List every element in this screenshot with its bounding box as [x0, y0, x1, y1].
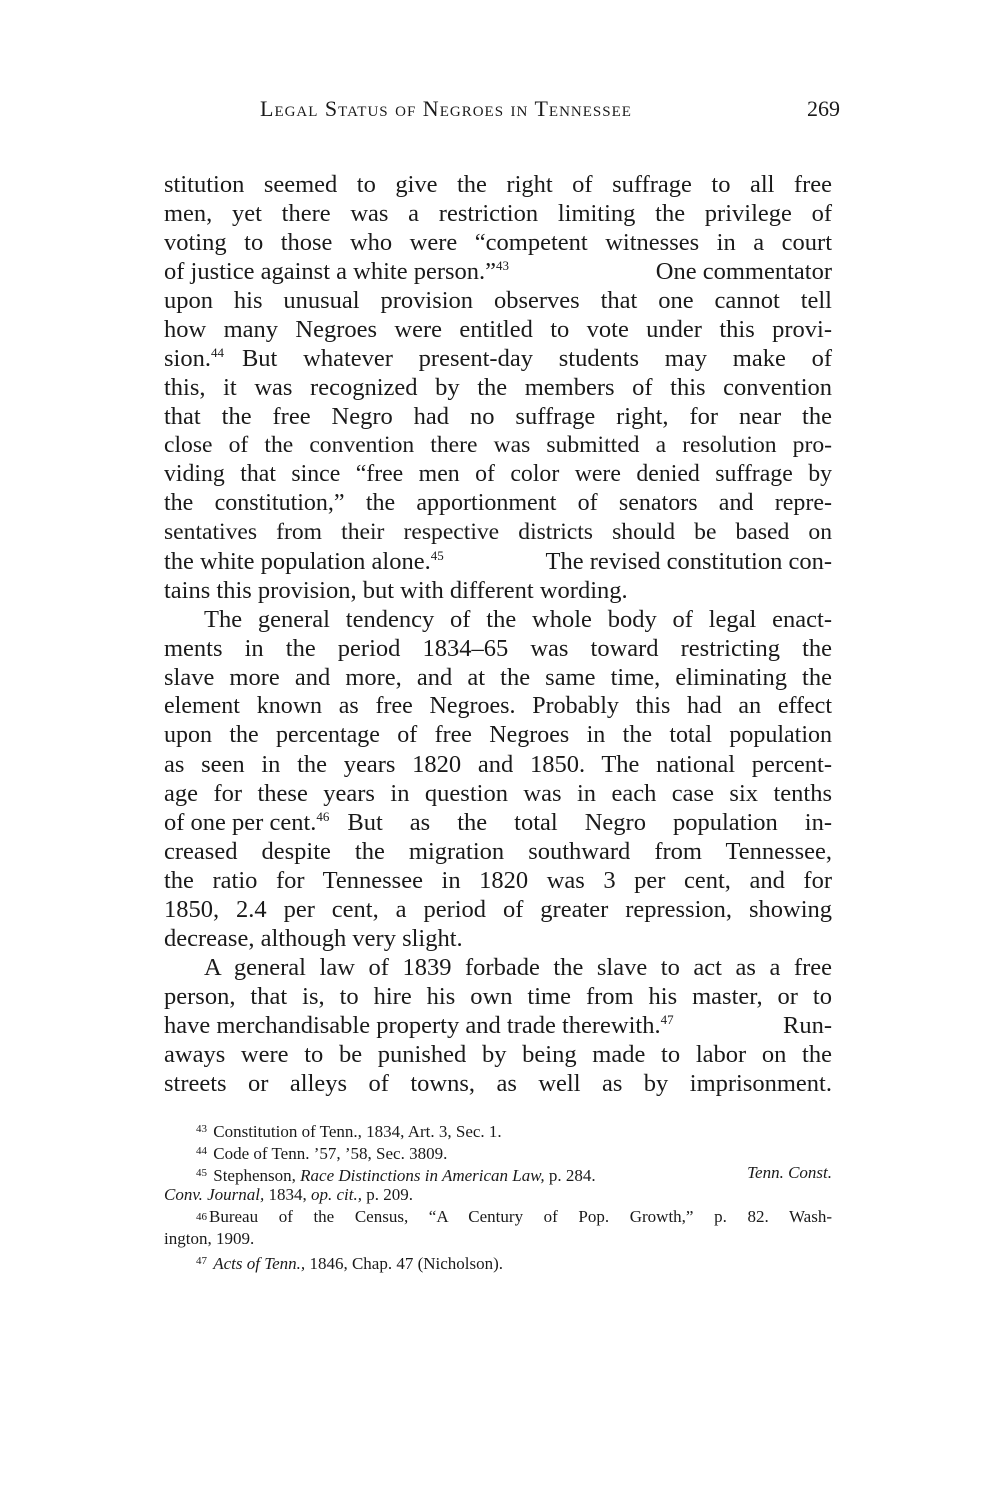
text-fragment: The revised constitution con- [546, 547, 832, 576]
text-line: element known as free Negroes. Probably … [164, 692, 832, 721]
text-line: have merchandisable property and trade t… [164, 1011, 832, 1040]
footnote-page: p. 209. [366, 1185, 413, 1204]
text-fragment: have merchandisable property and trade t… [164, 1011, 674, 1040]
text-line: streets or alleys of towns, as well as b… [164, 1069, 832, 1098]
footnotes: 43 Constitution of Tenn., 1834, Art. 3, … [164, 1118, 832, 1272]
footnote-45: 45 Stephenson, Race Distinctions in Amer… [164, 1162, 832, 1184]
page-number: 269 [807, 96, 840, 122]
text-line: of one per cent.46 But as the total Negr… [164, 808, 832, 837]
text-line: aways were to be punished by being made … [164, 1040, 832, 1069]
footnote-46: 46 Bureau of the Census, “A Century of P… [164, 1206, 832, 1228]
footnote-number: 47 [196, 1255, 207, 1267]
text-line: as seen in the years 1820 and 1850. The … [164, 750, 832, 779]
text-segment: of justice against a white person.” [164, 258, 496, 285]
footnote-46-continuation: ington, 1909. [164, 1228, 832, 1250]
text-line: ments in the period 1834–65 was toward r… [164, 634, 832, 663]
footnote-text: Code of Tenn. ’57, ’58, Sec. 3809. [213, 1144, 447, 1163]
text-line: upon his unusual provision observes that… [164, 286, 832, 315]
text-line: of justice against a white person.”43 On… [164, 257, 832, 286]
text-segment: have merchandisable property and trade t… [164, 1012, 661, 1039]
text-fragment: But whatever present-day students may ma… [242, 344, 832, 373]
footnote-title: Acts of Tenn., [213, 1254, 305, 1273]
text-fragment: of justice against a white person.”43 [164, 257, 509, 286]
text-line: this, it was recognized by the members o… [164, 373, 832, 402]
text-line: age for these years in question was in e… [164, 779, 832, 808]
text-line: creased despite the migration southward … [164, 837, 832, 866]
footnote-number: 44 [196, 1145, 207, 1157]
footnote-year: 1834, [269, 1185, 307, 1204]
text-line: slave more and more, and at the same tim… [164, 663, 832, 692]
text-line: tains this provision, but with different… [164, 576, 832, 605]
footnote-ref-44[interactable]: 44 [211, 345, 224, 360]
footnote-number: 46 [196, 1206, 207, 1228]
footnote-text: Bureau of the Census, “A Century of Pop.… [209, 1206, 832, 1228]
body-text: stitution seemed to give the right of su… [164, 170, 832, 1098]
text-line: 1850, 2.4 per cent, a period of greater … [164, 895, 832, 924]
text-line: men, yet there was a restriction limitin… [164, 199, 832, 228]
footnote-number: 43 [196, 1123, 207, 1135]
footnote-45-continuation: Conv. Journal, 1834, op. cit., p. 209. [164, 1184, 832, 1206]
footnote-43: 43 Constitution of Tenn., 1834, Art. 3, … [164, 1118, 832, 1140]
document-page: Legal Status of Negroes in Tennessee 269… [0, 0, 1000, 1507]
text-fragment: One commentator [656, 257, 832, 286]
footnote-ref-43[interactable]: 43 [496, 258, 509, 273]
text-line: sion.44 But whatever present-day student… [164, 344, 832, 373]
footnote-ref-46[interactable]: 46 [316, 809, 329, 824]
text-line: viding that since “free men of color wer… [164, 460, 832, 489]
text-line: upon the percentage of free Negroes in t… [164, 721, 832, 750]
text-line: close of the convention there was submit… [164, 431, 832, 460]
running-head: Legal Status of Negroes in Tennessee 269 [260, 96, 840, 126]
text-line: decrease, although very slight. [164, 924, 832, 953]
footnote-number: 45 [196, 1167, 207, 1179]
text-segment: the white population alone. [164, 548, 431, 575]
text-segment: sion. [164, 345, 211, 372]
text-fragment: sion.44 [164, 344, 224, 373]
footnote-47: 47 Acts of Tenn., 1846, Chap. 47 (Nichol… [164, 1250, 832, 1272]
text-line: A general law of 1839 forbade the slave … [164, 953, 832, 982]
text-segment: of one per cent. [164, 809, 316, 836]
footnote-ref-47[interactable]: 47 [661, 1012, 674, 1027]
footnote-ref-45[interactable]: 45 [431, 548, 444, 563]
text-fragment: of one per cent.46 [164, 808, 329, 837]
text-line: stitution seemed to give the right of su… [164, 170, 832, 199]
footnote-author: Stephenson, [213, 1166, 296, 1185]
text-line: person, that is, to hire his own time fr… [164, 982, 832, 1011]
footnote-pages: p. 284. [549, 1166, 596, 1185]
text-fragment: the white population alone.45 [164, 547, 444, 576]
footnote-text: 1846, Chap. 47 (Nicholson). [309, 1254, 503, 1273]
text-line: how many Negroes were entitled to vote u… [164, 315, 832, 344]
text-fragment: Run- [783, 1011, 832, 1040]
text-line: sentatives from their respective distric… [164, 518, 832, 547]
footnote-journal: Conv. Journal, [164, 1185, 264, 1204]
footnote-44: 44 Code of Tenn. ’57, ’58, Sec. 3809. [164, 1140, 832, 1162]
footnote-fragment: 45 Stephenson, Race Distinctions in Amer… [196, 1162, 596, 1184]
text-line: the constitution,” the apportionment of … [164, 489, 832, 518]
text-line: The general tendency of the whole body o… [164, 605, 832, 634]
text-line: the ratio for Tennessee in 1820 was 3 pe… [164, 866, 832, 895]
footnote-opcit: op. cit., [311, 1185, 362, 1204]
footnote-source: Tenn. Const. [747, 1162, 832, 1184]
running-title: Legal Status of Negroes in Tennessee [260, 96, 632, 122]
text-fragment: But as the total Negro population in- [347, 808, 832, 837]
text-line: the white population alone.45 The revise… [164, 547, 832, 576]
text-line: that the free Negro had no suffrage righ… [164, 402, 832, 431]
text-line: voting to those who were “competent witn… [164, 228, 832, 257]
footnote-text: Constitution of Tenn., 1834, Art. 3, Sec… [213, 1122, 501, 1141]
footnote-title: Race Distinctions in American Law, [300, 1166, 544, 1185]
